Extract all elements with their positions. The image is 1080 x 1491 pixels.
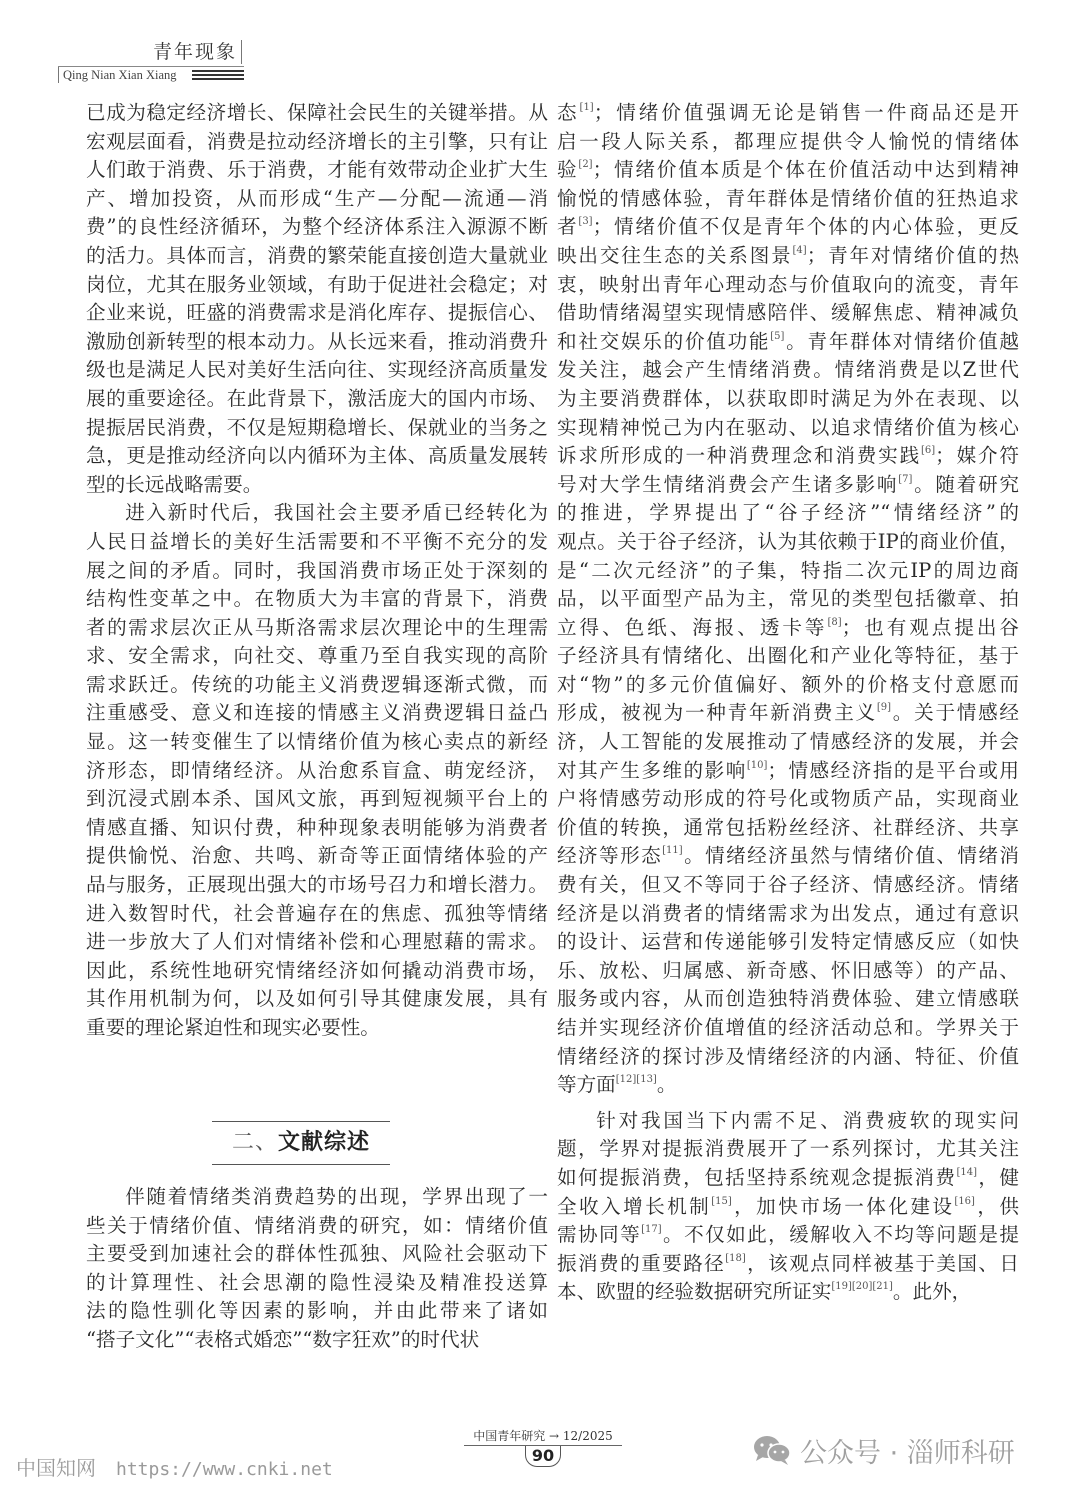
citation-marker: [7] [898,474,912,485]
citation-marker: [15] [711,1196,732,1207]
citation-marker: [3] [578,216,592,227]
header-decorative-bars [192,70,244,82]
text-segment: 号对大学生情绪消费会产生诸多影响 [557,473,898,496]
citation-marker: [11] [662,845,683,856]
text-line: 人民日益增长的美好生活需要和不平衡不充分的发 [86,528,548,557]
text-segment: 需协同等 [557,1223,641,1246]
text-line: 品与服务，正展现出强大的市场号召力和增长潜力。 [86,871,548,900]
citation-marker: [12][13] [616,1074,657,1085]
text-segment: 济，人工智能的发展推动了情感经济的发展，并会 [557,730,1019,753]
text-line: 子经济具有情绪化、出圈化和产业化等特征，基于 [557,642,1019,671]
text-line: 的设计、运营和传递能够引发特定情感反应（如快 [557,928,1019,957]
paragraph-gap [557,1100,1019,1107]
text-line: 宏观层面看，消费是拉动经济增长的主引擎，只有让 [86,128,548,157]
text-line: 形成，被视为一种青年新消费主义[9]。关于情感经 [557,699,1019,728]
text-segment: 启一段人际关系，都理应提供令人愉悦的情绪体 [557,130,1019,153]
text-line: 愉悦的情感体验，青年群体是情绪价值的狂热追求 [557,185,1019,214]
text-line: 结并实现经济价值增值的经济活动总和。学界关于 [557,1014,1019,1043]
text-segment: 价值的转换，通常包括粉丝经济、社群经济、共享 [557,816,1019,839]
text-line: 如何提振消费，包括坚持系统观念提振消费[14]，健 [557,1164,1019,1193]
text-line: 级也是满足人民对美好生活向往、实现经济高质量发 [86,356,548,385]
text-segment: 品，以平面型产品为主，常见的类型包括徽章、拍 [557,587,1019,610]
cnki-source: 中国知网 [16,1456,96,1480]
text-segment: 如何提振消费，包括坚持系统观念提振消费 [557,1166,956,1189]
text-line: 立得、色纸、海报、透卡等[8]；也有观点提出谷 [557,614,1019,643]
text-segment: 。随着研究 [912,473,1019,496]
text-segment: 。 [657,1073,677,1096]
text-line: 费有关，但又不等同于谷子经济、情感经济。情绪 [557,871,1019,900]
text-line: 乐、放松、归属感、新奇感、怀旧感等）的产品、 [557,957,1019,986]
section-heading-literature-review: 二、文献综述 [212,1121,390,1165]
section-title: 青年现象 [153,40,242,64]
text-line: 人们敢于消费、乐于消费，才能有效带动企业扩大生 [86,156,548,185]
text-line: 者[3]；情绪价值不仅是青年个体的内心体验，更反 [557,213,1019,242]
text-segment: 经济是以消费者的情绪需求为出发点，通过有意识 [557,902,1019,925]
citation-marker: [19][20][21] [831,1281,893,1292]
text-segment: 振消费的重要路径 [557,1252,725,1275]
text-segment: 费有关，但又不等同于谷子经济、情感经济。情绪 [557,873,1019,896]
text-line: 价值的转换，通常包括粉丝经济、社群经济、共享 [557,814,1019,843]
citation-marker: [16] [954,1196,975,1207]
text-segment: 者 [557,215,578,238]
text-line: 激励创新转型的根本动力。从长远来看，推动消费升 [86,328,548,357]
text-segment: 实现精神悦己为内在驱动、以追求情绪价值为核心 [557,416,1019,439]
text-line: 型的长远战略需要。 [86,471,548,500]
text-segment: ，健 [977,1166,1019,1189]
text-segment: 服务或内容，从而创造独特消费体验、建立情感联 [557,987,1019,1010]
citation-marker: [1] [580,102,594,113]
text-line: 展之间的矛盾。同时，我国消费市场正处于深刻的 [86,557,548,586]
text-line: 发关注，越会产生情绪消费。情绪消费是以Z世代 [557,356,1019,385]
text-segment: 对“物”的多元价值偏好、额外的价格支付意愿而 [557,673,1019,696]
text-segment: ；情绪价值本质是个体在价值活动中达到精神 [593,158,1019,181]
citation-marker: [14] [956,1167,977,1178]
text-segment: 诉求所形成的一种消费理念和消费实践 [557,444,921,467]
text-line: 品，以平面型产品为主，常见的类型包括徽章、拍 [557,585,1019,614]
text-segment: 户将情感劳动形成的符号化或物质产品，实现商业 [557,787,1019,810]
text-line: 的计算理性、社会思潮的隐性浸染及精准投送算 [86,1269,548,1298]
text-line: 些关于情绪价值、情绪消费的研究，如：情绪价值 [86,1212,548,1241]
text-line: 等方面[12][13]。 [557,1071,1019,1100]
text-segment: 是“二次元经济”的子集，特指二次元IP的周边商 [557,559,1019,582]
text-segment: 的推进，学界提出了“谷子经济”“情绪经济”的 [557,501,1019,524]
text-line: 针对我国当下内需不足、消费疲软的现实问 [557,1107,1019,1136]
text-segment: 对其产生多维的影响 [557,759,747,782]
text-line: 需求跃迁。传统的功能主义消费逻辑逐渐式微，而 [86,671,548,700]
text-segment: 乐、放松、归属感、新奇感、怀旧感等）的产品、 [557,959,1019,982]
text-line: 进入新时代后，我国社会主要矛盾已经转化为 [86,499,548,528]
text-line: 户将情感劳动形成的符号化或物质产品，实现商业 [557,785,1019,814]
text-segment: 本、欧盟的经验数据研究所证实 [557,1280,831,1303]
text-line: 伴随着情绪类消费趋势的出现，学界出现了一 [86,1183,548,1212]
text-line: 态[1]；情绪价值强调无论是销售一件商品还是开 [557,99,1019,128]
running-header: 青年现象 Qing Nian Xian Xiang [58,40,244,80]
page-number: 90 [513,1446,573,1467]
text-segment: ；也有观点提出谷 [842,616,1019,639]
citation-marker: [18] [725,1253,746,1264]
text-segment: 为主要消费群体，以获取即时满足为外在表现、以 [557,387,1019,410]
text-line: 因此，系统性地研究情绪经济如何撬动消费市场， [86,957,548,986]
cnki-watermark: 中国知网https://www.cnki.net [16,1452,333,1481]
citation-marker: [8] [827,617,841,628]
text-segment: 子经济具有情绪化、出圈化和产业化等特征，基于 [557,644,1019,667]
text-line: 费”的良性经济循环，为整个经济体系注入源源不断 [86,213,548,242]
text-line: 产、增加投资，从而形成“生产—分配—流通—消 [86,185,548,214]
text-line: 验[2]；情绪价值本质是个体在价值活动中达到精神 [557,156,1019,185]
text-line: 重要的理论紧迫性和现实必要性。 [86,1014,548,1043]
text-segment: ，该观点同样被基于美国、日 [746,1252,1019,1275]
text-line: 结构性变革之中。在物质大为丰富的背景下，消费 [86,585,548,614]
text-segment: 发关注，越会产生情绪消费。情绪消费是以Z世代 [557,358,1019,381]
text-segment: 形成，被视为一种青年新消费主义 [557,701,877,724]
text-segment: 衷，映射出青年心理动态与价值取向的流变，青年 [557,273,1019,296]
text-segment: 态 [557,101,580,124]
citation-marker: [17] [641,1224,662,1235]
text-segment: 映出交往生态的关系图景 [557,244,793,267]
text-line: 企业来说，旺盛的消费需求是消化库存、提振信心、 [86,299,548,328]
text-segment: 借助情绪渴望实现情感陪伴、缓解焦虑、精神减负 [557,301,1019,324]
text-line: “搭子文化”“表格式婚恋”“数字狂欢”的时代状 [86,1326,548,1355]
wechat-watermark: 公众号 · 淄师科研 [752,1432,1015,1468]
journal-footer: 中国青年研究 → 12/2025 [464,1428,622,1446]
section-number: 二、 [232,1130,278,1155]
text-segment: 和社交娱乐的价值功能 [557,330,770,353]
right-column: 态[1]；情绪价值强调无论是销售一件商品还是开启一段人际关系，都理应提供令人愉悦… [557,99,1019,1307]
text-line: 法的隐性驯化等因素的影响，并由此带来了诸如 [86,1297,548,1326]
citation-marker: [2] [578,159,592,170]
text-segment: ；媒介符 [935,444,1019,467]
text-segment: 的设计、运营和传递能够引发特定情感反应（如快 [557,930,1019,953]
text-line: 进入数智时代，社会普遍存在的焦虑、孤独等情绪 [86,900,548,929]
text-line: 和社交娱乐的价值功能[5]。青年群体对情绪价值越 [557,328,1019,357]
text-line: 借助情绪渴望实现情感陪伴、缓解焦虑、精神减负 [557,299,1019,328]
text-segment: ；情感经济指的是平台或用 [767,759,1019,782]
section-pinyin: Qing Nian Xian Xiang [58,67,177,83]
text-line: 到沉浸式剧本杀、国风文旅，再到短视频平台上的 [86,785,548,814]
text-line: 的推进，学界提出了“谷子经济”“情绪经济”的 [557,499,1019,528]
text-segment: 。青年群体对情绪价值越 [784,330,1019,353]
text-line: 全收入增长机制[15]，加快市场一体化建设[16]，供 [557,1193,1019,1222]
text-line: 对“物”的多元价值偏好、额外的价格支付意愿而 [557,671,1019,700]
literature-review-paragraph: 伴随着情绪类消费趋势的出现，学界出现了一些关于情绪价值、情绪消费的研究，如：情绪… [86,1183,548,1355]
text-line: 服务或内容，从而创造独特消费体验、建立情感联 [557,985,1019,1014]
text-line: 岗位，尤其在服务业领域，有助于促进社会稳定；对 [86,271,548,300]
text-line: 映出交往生态的关系图景[4]；青年对情绪价值的热 [557,242,1019,271]
text-line: 情绪经济的探讨涉及情绪经济的内涵、特征、价值 [557,1043,1019,1072]
text-segment: 。此外， [893,1280,971,1303]
text-segment: 等方面 [557,1073,616,1096]
text-segment: ；情绪价值不仅是青年个体的内心体验，更反 [593,215,1019,238]
text-segment: 。关于情感经 [891,701,1019,724]
text-segment: 。情绪经济虽然与情绪价值、情绪消 [683,844,1019,867]
citation-marker: [6] [921,445,935,456]
text-line: 是“二次元经济”的子集，特指二次元IP的周边商 [557,557,1019,586]
text-segment: 针对我国当下内需不足、消费疲软的现实问 [596,1109,1019,1132]
text-line: 展的重要途径。在此背景下，激活庞大的国内市场、 [86,385,548,414]
text-line: 为主要消费群体，以获取即时满足为外在表现、以 [557,385,1019,414]
text-line: 主要受到加速社会的群体性孤独、风险社会驱动下 [86,1240,548,1269]
citation-marker: [5] [770,331,784,342]
text-line: 求、安全需求，向社交、尊重乃至自我实现的高阶 [86,642,548,671]
text-line: 号对大学生情绪消费会产生诸多影响[7]。随着研究 [557,471,1019,500]
text-segment: ；情绪价值强调无论是销售一件商品还是开 [594,101,1019,124]
text-line: 衷，映射出青年心理动态与价值取向的流变，青年 [557,271,1019,300]
text-line: 本、欧盟的经验数据研究所证实[19][20][21]。此外， [557,1278,1019,1307]
citation-marker: [4] [793,245,807,256]
text-line: 情感直播、知识付费，种种现象表明能够为消费者 [86,814,548,843]
text-line: 注重感受、意义和连接的情感主义消费逻辑日益凸 [86,699,548,728]
text-segment: ；青年对情绪价值的热 [807,244,1019,267]
cnki-url: https://www.cnki.net [116,1459,333,1480]
text-segment: 题，学界对提振消费展开了一系列探讨，尤其关注 [557,1137,1019,1160]
text-segment: 观点。关于谷子经济，认为其依赖于IP的商业价值， [557,530,1019,553]
text-segment: 经济等形态 [557,844,662,867]
text-line: 实现精神悦己为内在驱动、以追求情绪价值为核心 [557,414,1019,443]
text-line: 进一步放大了人们对情绪补偿和心理慰藉的需求。 [86,928,548,957]
text-line: 济，人工智能的发展推动了情感经济的发展，并会 [557,728,1019,757]
section-title-text: 文献综述 [278,1129,370,1155]
text-line: 提供愉悦、治愈、共鸣、新奇等正面情绪体验的产 [86,842,548,871]
text-line: 观点。关于谷子经济，认为其依赖于IP的商业价值， [557,528,1019,557]
text-segment: ，供 [975,1195,1019,1218]
text-line: 显。这一转变催生了以情绪价值为核心卖点的新经 [86,728,548,757]
text-line: 启一段人际关系，都理应提供令人愉悦的情绪体 [557,128,1019,157]
text-segment: 结并实现经济价值增值的经济活动总和。学界关于 [557,1016,1019,1039]
text-segment: 情绪经济的探讨涉及情绪经济的内涵、特征、价值 [557,1045,1019,1068]
text-segment: 全收入增长机制 [557,1195,711,1218]
text-segment: ，加快市场一体化建设 [732,1195,955,1218]
text-line: 已成为稳定经济增长、保障社会民生的关键举措。从 [86,99,548,128]
left-column: 已成为稳定经济增长、保障社会民生的关键举措。从宏观层面看，消费是拉动经济增长的主… [86,99,548,1043]
text-line: 对其产生多维的影响[10]；情感经济指的是平台或用 [557,757,1019,786]
text-line: 提振居民消费，不仅是短期稳增长、保就业的当务之 [86,414,548,443]
wechat-account-label: 公众号 · 淄师科研 [800,1431,1015,1470]
text-line: 诉求所形成的一种消费理念和消费实践[6]；媒介符 [557,442,1019,471]
text-line: 济形态，即情绪经济。从治愈系盲盒、萌宠经济， [86,757,548,786]
wechat-icon [752,1434,792,1466]
text-line: 的活力。具体而言，消费的繁荣能直接创造大量就业 [86,242,548,271]
text-segment: 验 [557,158,578,181]
text-line: 其作用机制为何，以及如何引导其健康发展，具有 [86,985,548,1014]
text-line: 急，更是推动经济向以内循环为主体、高质量发展转 [86,442,548,471]
text-line: 者的需求层次正从马斯洛需求层次理论中的生理需 [86,614,548,643]
citation-marker: [9] [877,702,891,713]
text-segment: 立得、色纸、海报、透卡等 [557,616,827,639]
text-line: 题，学界对提振消费展开了一系列探讨，尤其关注 [557,1135,1019,1164]
text-line: 经济是以消费者的情绪需求为出发点，通过有意识 [557,900,1019,929]
citation-marker: [10] [747,760,768,771]
text-line: 经济等形态[11]。情绪经济虽然与情绪价值、情绪消 [557,842,1019,871]
text-segment: 愉悦的情感体验，青年群体是情绪价值的狂热追求 [557,187,1019,210]
text-segment: 。不仅如此，缓解收入不均等问题是提 [662,1223,1019,1246]
text-line: 需协同等[17]。不仅如此，缓解收入不均等问题是提 [557,1221,1019,1250]
text-line: 振消费的重要路径[18]，该观点同样被基于美国、日 [557,1250,1019,1279]
